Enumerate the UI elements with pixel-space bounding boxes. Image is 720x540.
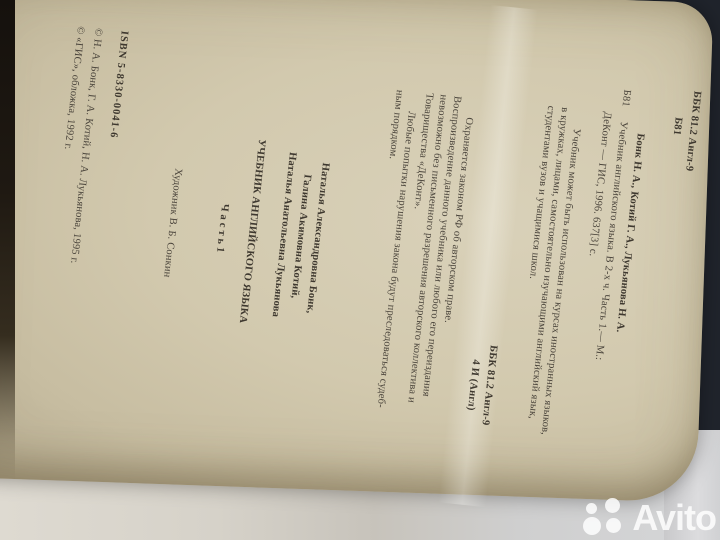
part-label: Ч а с т ь 1	[191, 0, 254, 477]
bbk-top-line1: ББК 81.2 Англ-9	[683, 90, 702, 171]
avito-watermark: Avito	[579, 494, 720, 540]
avito-watermark-text: Avito	[632, 500, 716, 536]
artist-credit: Художник В. Б. Сонкин	[141, 0, 204, 472]
book-cover-edge	[0, 0, 15, 480]
book-copyright-page: ББК 81.2 Англ-9 Б81 Бонк Н. А., Котий Г.…	[0, 0, 713, 503]
avito-logo-icon	[583, 498, 625, 538]
citation-hang-number: Б81	[620, 89, 633, 107]
page-content: ББК 81.2 Англ-9 Б81 Бонк Н. А., Котий Г.…	[0, 0, 720, 527]
book-title: УЧЕБНИК АНГЛИЙСКОГО ЯЗЫКА	[220, 0, 283, 480]
book-photo: ББК 81.2 Англ-9 Б81 Бонк Н. А., Котий Г.…	[0, 0, 720, 540]
bbk-top-line2: Б81	[671, 117, 684, 136]
isbn: ISBN 5-8330-0041-6	[107, 30, 129, 139]
